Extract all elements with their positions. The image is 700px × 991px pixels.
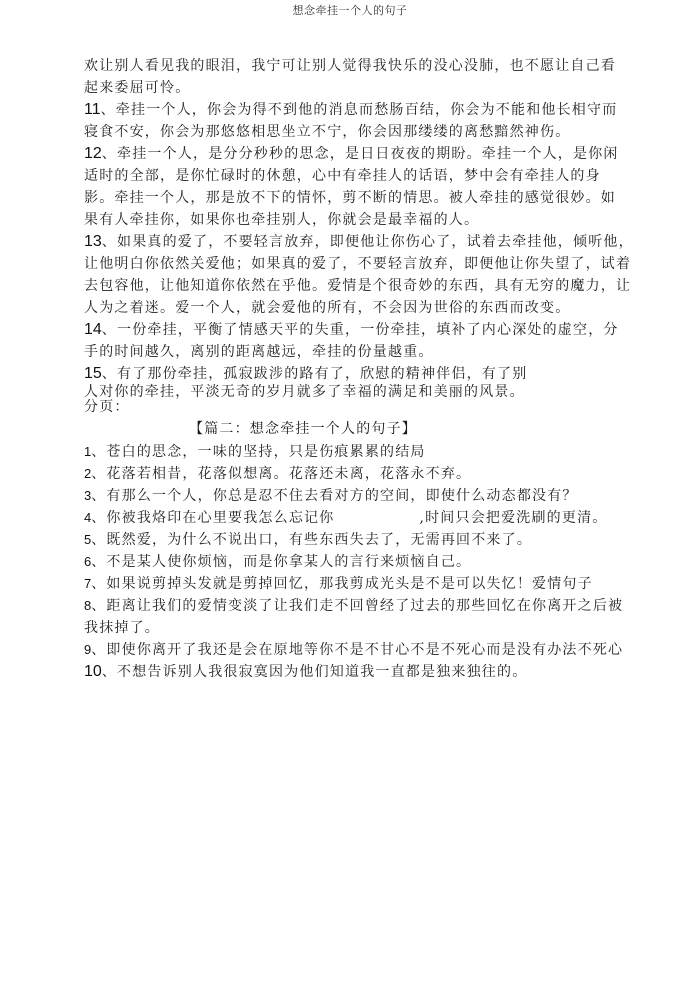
item-text: 、距离让我们的爱情变淡了让我们走不回曾经了过去的那些回忆在你离开之后被 (91, 598, 623, 614)
item-continuation: 让他明白你依然关爱他；如果真的爱了，不要轻言放弃，即便他让你失望了，试着 (84, 253, 562, 275)
document-body: 欢让别人看见我的眼泪，我宁可让别人觉得我快乐的没心没肺，也不愿让自己看 起来委屈… (84, 55, 562, 683)
item-text: 、有了那份牵挂，孤寂跋涉的路有了，欣慰的精神伴侣，有了别 (102, 366, 528, 382)
item-text: 、有那么一个人，你总是忍不住去看对方的空间，即使什么动态都没有？ (91, 488, 577, 504)
quote-item-8: 8、距离让我们的爱情变淡了让我们走不回曾经了过去的那些回忆在你离开之后被 (84, 595, 562, 617)
item-text: 、你被我烙印在心里要我怎么忘记你 (91, 510, 334, 526)
quote-item-9: 9、即使你离开了我还是会在原地等你不是不甘心不是不死心而是没有办法不死心 (84, 639, 562, 661)
item-text: 、不是某人使你烦恼，而是你拿某人的言行来烦恼自己。 (91, 554, 471, 570)
item-continuation: 人对你的牵挂，平淡无奇的岁月就多了幸福的满足和美丽的风景。 (84, 385, 562, 400)
intro-line: 起来委屈可怜。 (84, 77, 562, 99)
section-title: 【篇二：想念牵挂一个人的句子】 (84, 417, 562, 441)
item-continuation: 我抹掉了。 (84, 617, 562, 639)
item-number: 12 (84, 145, 102, 162)
pagination-label: 分页： (84, 400, 562, 415)
quote-item-12: 12、牵挂一个人，是分分秒秒的思念，是日日夜夜的期盼。牵挂一个人，是你闲 (84, 143, 562, 165)
item-continuation: 影。牵挂一个人，那是放不下的情怀，剪不断的情思。被人牵挂的感觉很妙。如 (84, 187, 562, 209)
item-continuation: 适时的全部，是你忙碌时的休憩，心中有牵挂人的话语，梦中会有牵挂人的身 (84, 165, 562, 187)
item-text: 、如果真的爱了，不要轻言放弃，即便他让你伤心了，试着去牵挂他，倾听他， (102, 234, 634, 250)
item-text: 、牵挂一个人，是分分秒秒的思念，是日日夜夜的期盼。牵挂一个人，是你闲 (102, 146, 619, 162)
quote-item-15: 15、有了那份牵挂，孤寂跋涉的路有了，欣慰的精神伴侣，有了别 (84, 363, 562, 385)
intro-line: 欢让别人看见我的眼泪，我宁可让别人觉得我快乐的没心没肺，也不愿让自己看 (84, 55, 562, 77)
item-number: 13 (84, 233, 102, 250)
item-number: 14 (84, 321, 102, 338)
item-text: 、花落若相昔，花落似想离。花落还未离，花落永不弃。 (91, 466, 471, 482)
item-continuation: 人为之着迷。爱一个人，就会爱他的所有，不会因为世俗的东西而改变。 (84, 297, 562, 319)
quote-item-2: 2、花落若相昔，花落似想离。花落还未离，花落永不弃。 (84, 463, 562, 485)
quote-item-3: 3、有那么一个人，你总是忍不住去看对方的空间，即使什么动态都没有？ (84, 485, 562, 507)
item-text: 、既然爱，为什么不说出口，有些东西失去了，无需再回不来了。 (91, 532, 532, 548)
item-text: 、苍白的思念，一味的坚持，只是伤痕累累的结局 (91, 444, 425, 460)
item-continuation: 寝食不安，你会为那悠悠相思坐立不宁，你会因那缕缕的离愁黯然神伤。 (84, 121, 562, 143)
quote-item-13: 13、如果真的爱了，不要轻言放弃，即便他让你伤心了，试着去牵挂他，倾听他， (84, 231, 562, 253)
page-header-title: 想念牵挂一个人的句子 (0, 2, 700, 18)
item-continuation: 果有人牵挂你，如果你也牵挂别人，你就会是最幸福的人。 (84, 209, 562, 231)
quote-item-6: 6、不是某人使你烦恼，而是你拿某人的言行来烦恼自己。 (84, 551, 562, 573)
item-continuation: 去包容他，让他知道你依然在乎他。爱情是个很奇妙的东西，具有无穷的魔力，让 (84, 275, 562, 297)
item-number: 10 (84, 663, 102, 680)
quote-item-4: 4、你被我烙印在心里要我怎么忘记你,时间只会把爱洗刷的更清。 (84, 507, 562, 529)
item-text: 、即使你离开了我还是会在原地等你不是不甘心不是不死心而是没有办法不死心 (91, 642, 623, 658)
item-text: 、不想告诉别人我很寂寞因为他们知道我一直都是独来独往的。 (102, 664, 528, 680)
item-text-tail: ,时间只会把爱洗刷的更清。 (419, 510, 607, 526)
item-text: 、牵挂一个人，你会为得不到他的消息而愁肠百结，你会为不能和他长相守而 (101, 102, 618, 118)
item-number: 11 (84, 101, 101, 118)
quote-item-14: 14、一份牵挂，平衡了情感天平的失重，一份牵挂，填补了内心深处的虚空，分 (84, 319, 562, 341)
quote-item-10: 10、不想告诉别人我很寂寞因为他们知道我一直都是独来独往的。 (84, 661, 562, 683)
item-continuation: 手的时间越久，离别的距离越远，牵挂的份量越重。 (84, 341, 562, 363)
quote-item-1: 1、苍白的思念，一味的坚持，只是伤痕累累的结局 (84, 441, 562, 463)
quote-item-5: 5、既然爱，为什么不说出口，有些东西失去了，无需再回不来了。 (84, 529, 562, 551)
quote-item-7: 7、如果说剪掉头发就是剪掉回忆，那我剪成光头是不是可以失忆！爱情句子 (84, 573, 562, 595)
item-text: 、一份牵挂，平衡了情感天平的失重，一份牵挂，填补了内心深处的虚空，分 (102, 322, 619, 338)
item-number: 15 (84, 365, 102, 382)
quote-item-11: 11、牵挂一个人，你会为得不到他的消息而愁肠百结，你会为不能和他长相守而 (84, 99, 562, 121)
item-text: 、如果说剪掉头发就是剪掉回忆，那我剪成光头是不是可以失忆！爱情句子 (91, 576, 593, 592)
